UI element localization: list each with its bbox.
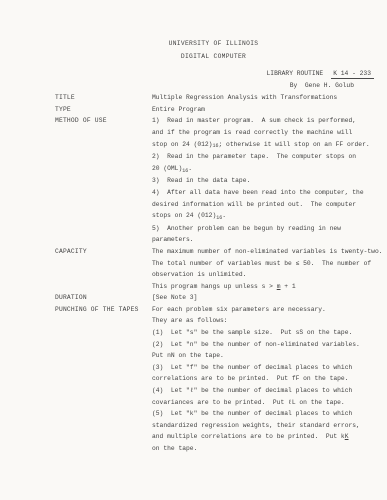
text-segment: For each problem six parameters are nece… [152,306,326,313]
text-line: The maximum number of non-eliminated var… [152,246,387,258]
text-line: Entire Program [152,104,387,116]
document-header: UNIVERSITY OF ILLINOIS DIGITAL COMPUTER [0,37,387,63]
text-line: 4) After all data have been read into th… [152,187,387,199]
text-segment: + 1 [280,283,295,290]
subscript-text: 16 [216,215,222,221]
text-line: 1) Read in master program. A sum check i… [152,115,387,127]
text-line: stop on 24 (012)16; otherwise it will st… [152,139,387,152]
section-type: TYPE Entire Program [55,104,387,116]
text-line: 5) Another problem can be begun by readi… [152,223,387,235]
text-line: parameters. [152,234,387,246]
text-segment: 3) Read in the data tape. [152,177,250,184]
text-line: (5) Let "k" be the number of decimal pla… [152,408,387,420]
text-line: and if the program is read correctly the… [152,127,387,139]
text-segment: (5) Let "k" be the number of decimal pla… [152,410,352,417]
text-segment: . [222,212,226,219]
text-segment: 5) Another problem can be begun by readi… [152,225,341,232]
section-content: 1) Read in master program. A sum check i… [152,115,387,246]
section-punching-of-the-tapes: PUNCHING OF THE TAPES For each problem s… [55,304,387,455]
text-line: (1) Let "s" be the sample size. Put sS o… [152,327,387,339]
text-segment: This program hangs up unless s > [152,283,277,290]
section-label: TYPE [55,104,152,116]
text-segment: stop on 24 (012) [152,141,212,148]
text-segment: ; otherwise it will stop on an FF order. [218,141,369,148]
section-content: Entire Program [152,104,387,116]
text-segment: 20 (OML) [152,165,182,172]
text-line: Put nN on the tape. [152,350,387,362]
text-line: (4) Let "ℓ" be the number of decimal pla… [152,385,387,397]
text-segment: (3) Let "f" be the number of decimal pla… [152,364,352,371]
text-segment: observation is unlimited. [152,271,246,278]
text-line: They are as follows: [152,315,387,327]
section-content: Multiple Regression Analysis with Transf… [152,92,387,104]
text-segment: on the tape. [152,445,197,452]
text-line: (3) Let "f" be the number of decimal pla… [152,362,387,374]
text-line: desired information will be printed out.… [152,199,387,211]
text-segment: Put nN on the tape. [152,352,224,359]
text-segment: and multiple correlations are to be prin… [152,433,345,440]
library-routine-line: LIBRARY ROUTINEK 14 - 233 [0,68,387,80]
org-title: UNIVERSITY OF ILLINOIS [40,37,387,50]
text-segment: The maximum number of non-eliminated var… [152,248,383,255]
text-segment: . [188,165,192,172]
routine-id: K 14 - 233 [331,70,374,79]
text-line: 3) Read in the data tape. [152,175,387,187]
text-line: observation is unlimited. [152,269,387,281]
text-segment: correlations are to be printed. Put fF o… [152,375,349,382]
text-line: 2) Read in the parameter tape. The compu… [152,151,387,163]
text-line: For each problem six parameters are nece… [152,304,387,316]
text-segment: and if the program is read correctly the… [152,129,352,136]
text-segment: Entire Program [152,106,205,113]
subscript-text: 16 [182,168,188,174]
section-title: TITLE Multiple Regression Analysis with … [55,92,387,104]
text-line: Multiple Regression Analysis with Transf… [152,92,387,104]
section-label: CAPACITY [55,246,152,258]
text-line: covariances are to be printed. Put ℓL on… [152,397,387,409]
dept-title: DIGITAL COMPUTER [40,50,387,63]
section-content: [See Note 3] [152,292,387,304]
section-content: For each problem six parameters are nece… [152,304,387,455]
text-segment: Multiple Regression Analysis with Transf… [152,94,337,101]
text-segment: 1) Read in master program. A sum check i… [152,117,356,124]
section-method-of-use: METHOD OF USE 1) Read in master program.… [55,115,387,246]
text-segment: (1) Let "s" be the sample size. Put sS o… [152,329,352,336]
library-routine-label: LIBRARY ROUTINE [267,70,324,77]
byline: By Gene H. Golub [0,80,387,92]
text-line: The total number of variables must be ≤ … [152,258,387,270]
section-capacity: CAPACITY The maximum number of non-elimi… [55,246,387,292]
text-line: [See Note 3] [152,292,387,304]
text-segment: 2) Read in the parameter tape. The compu… [152,153,356,160]
section-label: TITLE [55,92,152,104]
subscript-text: 16 [212,143,218,149]
text-segment: stops on 24 (012) [152,212,216,219]
text-line: and multiple correlations are to be prin… [152,431,387,443]
document-page: UNIVERSITY OF ILLINOIS DIGITAL COMPUTER … [0,0,387,500]
text-line: standardized regression weights, their s… [152,420,387,432]
text-segment: They are as follows: [152,317,228,324]
text-segment: (4) Let "ℓ" be the number of decimal pla… [152,387,352,394]
text-line: on the tape. [152,443,387,455]
section-label: METHOD OF USE [55,115,152,127]
text-line: 20 (OML)16. [152,163,387,176]
section-label: PUNCHING OF THE TAPES [55,304,152,316]
text-segment: parameters. [152,236,194,243]
text-segment: 4) After all data have been read into th… [152,189,364,196]
text-segment: (2) Let "n" be the number of non-elimina… [152,341,360,348]
document-body: TITLE Multiple Regression Analysis with … [0,92,387,454]
text-segment: [See Note 3] [152,294,197,301]
text-segment: desired information will be printed out.… [152,201,356,208]
text-segment: The total number of variables must be ≤ … [152,260,371,267]
text-line: (2) Let "n" be the number of non-elimina… [152,339,387,351]
section-duration: DURATION [See Note 3] [55,292,387,304]
text-line: correlations are to be printed. Put fF o… [152,373,387,385]
text-segment: covariances are to be printed. Put ℓL on… [152,399,345,406]
text-segment: standardized regression weights, their s… [152,422,360,429]
underlined-text: K [345,433,349,440]
text-line: This program hangs up unless s > m + 1 [152,281,387,293]
section-content: The maximum number of non-eliminated var… [152,246,387,292]
section-label: DURATION [55,292,152,304]
text-line: stops on 24 (012)16. [152,210,387,223]
